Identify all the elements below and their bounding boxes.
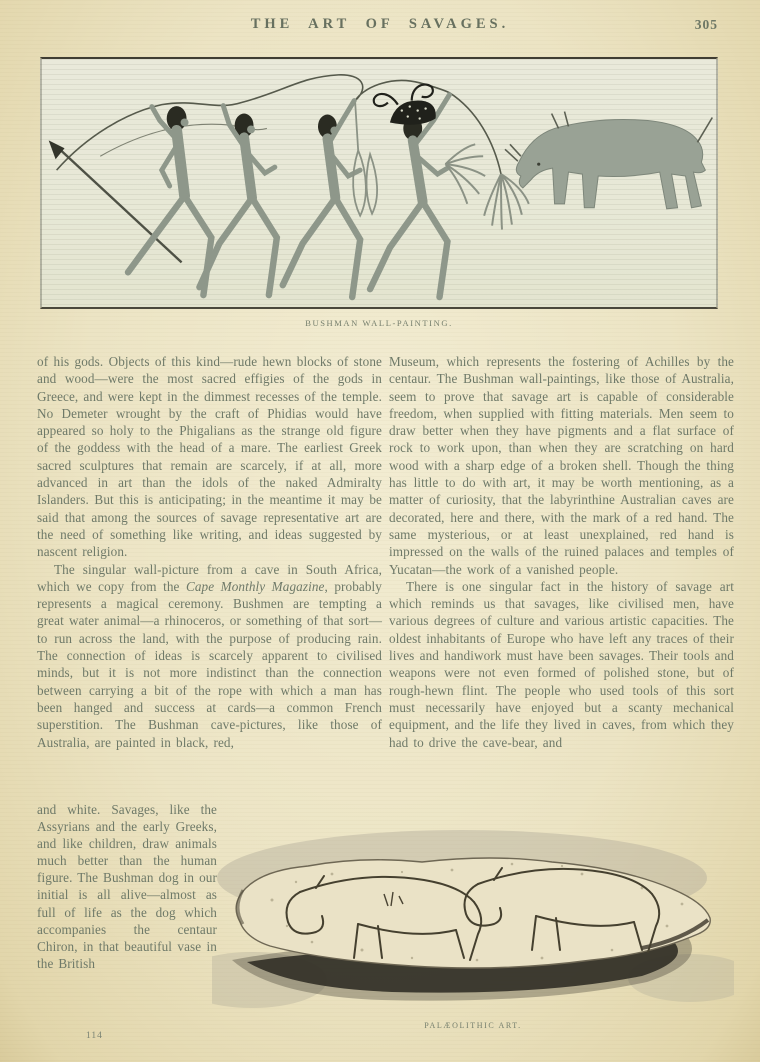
hunter-figure-1 xyxy=(128,106,211,295)
hand-tassel-bundle xyxy=(445,144,485,204)
left-column-narrow-text: and white. Savages, like the Assyrians a… xyxy=(37,801,217,972)
palaeolithic-art-illustration xyxy=(212,830,734,1016)
bushman-wall-painting-svg xyxy=(42,59,716,307)
page-number: 305 xyxy=(695,17,718,33)
palaeolithic-art-caption: PALÆOLITHIC ART. xyxy=(212,1021,734,1030)
right-paragraph-1: Museum, which represents the fostering o… xyxy=(389,353,734,578)
left-paragraph-1: of his gods. Objects of this kind—rude h… xyxy=(37,353,382,561)
bushman-wall-painting-illustration xyxy=(40,57,718,309)
page-title: THE ART OF SAVAGES. xyxy=(0,16,760,33)
rope xyxy=(57,75,501,174)
hanging-tassel xyxy=(353,103,377,216)
rhinoceros xyxy=(505,112,712,209)
bushman-painting-caption: BUSHMAN WALL-PAINTING. xyxy=(40,318,718,328)
magazine-title-italic: Cape Monthly Magazine xyxy=(186,579,325,594)
right-column-text: Museum, which represents the fostering o… xyxy=(389,353,734,751)
scanned-magazine-page: THE ART OF SAVAGES. 305 xyxy=(0,0,760,1062)
spear xyxy=(49,140,182,262)
hunter-figure-3 xyxy=(283,101,360,297)
left-column-text: of his gods. Objects of this kind—rude h… xyxy=(37,353,382,751)
hunter-figure-2 xyxy=(199,106,276,295)
right-paragraph-2: There is one singular fact in the histor… xyxy=(389,578,734,751)
left-paragraph-2-rest: , probably represents a magical ceremony… xyxy=(37,579,382,750)
left-paragraph-2-continued: and white. Savages, like the Assyrians a… xyxy=(37,801,217,972)
left-paragraph-2: The singular wall-picture from a cave in… xyxy=(37,561,382,751)
hunter-figure-4 xyxy=(370,95,449,297)
feather-headdress xyxy=(374,84,436,124)
palaeolithic-art-svg xyxy=(212,830,734,1016)
signature-mark: 114 xyxy=(86,1031,103,1041)
